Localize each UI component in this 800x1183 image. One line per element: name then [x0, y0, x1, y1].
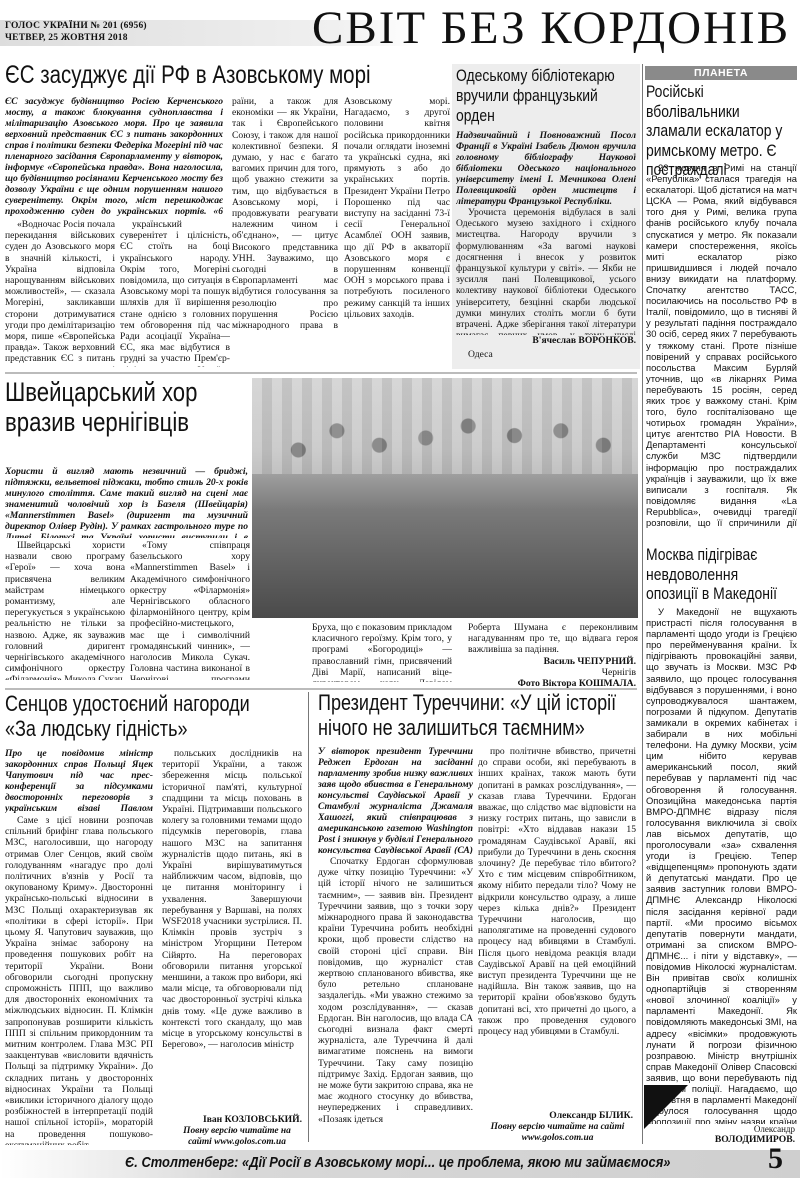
article-odesa-box: Одеському бібліотекарю вручили французьк…	[452, 64, 640, 369]
article-lead: Хористи й вигляд мають незвичний — бридж…	[5, 466, 248, 538]
article-column: Швейцарські хористи назвали свою програм…	[5, 540, 125, 680]
article-lead: Надзвичайний і Повноважний Посол Франції…	[456, 130, 636, 206]
article-title: Швейцарський хор вразив чернігівців	[5, 377, 251, 437]
column-divider	[308, 692, 309, 1142]
page-number: 5	[768, 1142, 783, 1176]
article-author: Олександр БІЛИК.	[478, 1110, 633, 1121]
article-column: польських дослідників на території Украї…	[162, 748, 302, 1114]
article-place: Одеса	[468, 349, 493, 360]
issue-meta: ГОЛОС УКРАЇНИ № 201 (6956) ЧЕТВЕР, 25 ЖО…	[5, 20, 147, 44]
article-lead: ЄС засуджує будівництво Росією Керченськ…	[5, 96, 223, 218]
footer-quote: Є. Столтенберг: «Дії Росії в Азовському …	[125, 1154, 670, 1171]
article-author: В'ячеслав ВОРОНКОВ.	[456, 335, 636, 346]
divider	[5, 372, 637, 374]
article-author: Іван КОЗЛОВСЬКИЙ.	[162, 1114, 302, 1125]
article-place: Чернігів	[468, 667, 636, 678]
sidebar-tag: ПЛАНЕТА	[645, 66, 797, 80]
article-column: «Водночас Росія почала перекидання війсь…	[5, 219, 115, 367]
article-author: Василь ЧЕПУРНИЙ.	[468, 656, 636, 667]
full-version-link[interactable]: Повну версію читайте на сайті www.golos.…	[490, 1122, 625, 1143]
article-title-line2: «За людську гідність»	[5, 717, 188, 741]
article-body: У Македонії не вщухають пристрасті після…	[646, 606, 797, 1124]
photo-curtain	[252, 378, 638, 474]
article-title: Одеському бібліотекарю вручили французьк…	[456, 66, 636, 126]
article-author-first: Олександр	[700, 1124, 795, 1134]
article-column: Роберта Шумана є переконливим нагадуванн…	[468, 622, 638, 658]
full-version-link[interactable]: Повну версію читайте на сайті www.golos.…	[172, 1126, 302, 1147]
article-column: Бруха, що є показовим прикладом класично…	[312, 622, 452, 682]
article-title: ЄС засуджує дії РФ в Азовському морі	[5, 62, 371, 90]
article-column: про політичне вбивство, причетні до спра…	[478, 746, 636, 1076]
article-column: Спочатку Ердоган сформулював дуже чітку …	[318, 856, 473, 1144]
article-lead: У вівторок президент Туреччини Реджеп Ер…	[318, 746, 473, 854]
article-title-line1: Сенцов удостоєний нагороди	[5, 692, 250, 716]
article-body: 23 жовтня в Римі на станції «Републіка» …	[646, 162, 797, 530]
article-title-line2: нічого не залишиться таємним»	[318, 716, 585, 740]
page-header: ГОЛОС УКРАЇНИ № 201 (6956) ЧЕТВЕР, 25 ЖО…	[0, 0, 800, 52]
sidebar-divider	[642, 64, 643, 1144]
article-body: Урочиста церемонія відбулася в залі Одес…	[456, 207, 636, 335]
article-lead: Про це повідомив міністр закордонних спр…	[5, 748, 153, 814]
section-title: СВІТ БЕЗ КОРДОНІВ	[312, 4, 790, 52]
article-column: раїни, а також для економіки — як Україн…	[232, 96, 450, 368]
issue-number: ГОЛОС УКРАЇНИ № 201 (6956)	[5, 20, 147, 32]
article-column: Саме з цієї новини розпочав спільний бри…	[5, 815, 153, 1145]
article-column: український суверенітет і цілісність, ЄС…	[120, 219, 230, 367]
article-title: Москва підігріває невдоволення опозиції …	[646, 545, 794, 604]
choir-photo	[252, 378, 638, 618]
issue-date: ЧЕТВЕР, 25 ЖОВТНЯ 2018	[5, 32, 147, 44]
article-title-line1: Президент Туреччини: «У цій історії	[318, 691, 616, 715]
decorative-corner	[644, 1085, 688, 1129]
article-column: «Тому співпраця базельського хору «Manne…	[130, 540, 250, 680]
